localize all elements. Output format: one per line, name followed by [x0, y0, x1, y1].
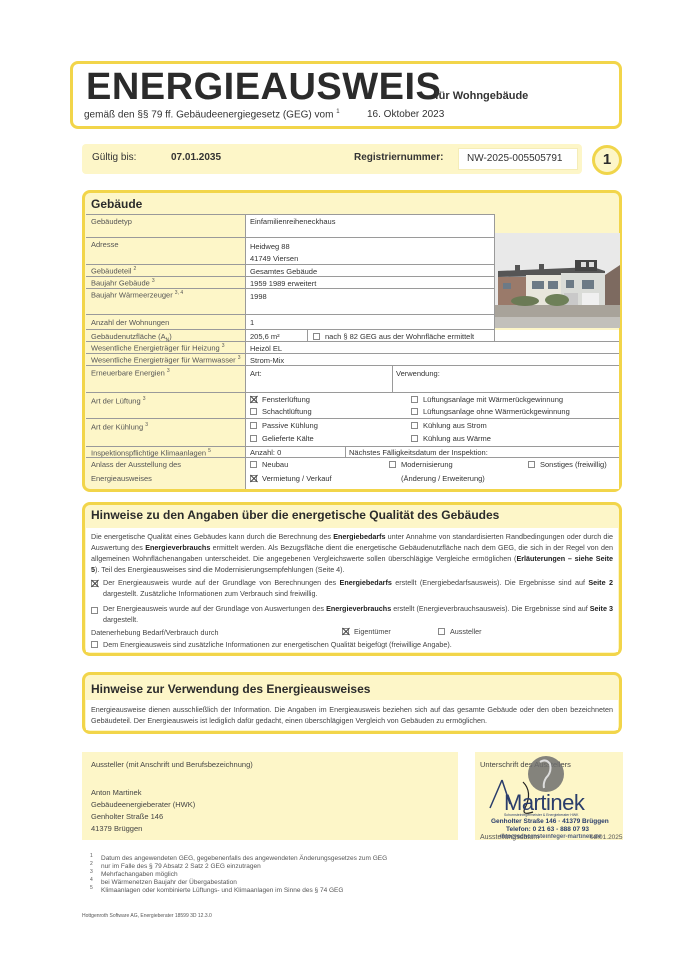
- checkbox-icon: [438, 628, 445, 635]
- reason-rent-sale[interactable]: Vermietung / Verkauf: [250, 474, 332, 483]
- law-reference: gemäß den §§ 79 ff. Gebäudeenergiegesetz…: [84, 109, 340, 120]
- stamp-address: Genholter Straße 146 · 41379 Brüggen: [491, 818, 609, 825]
- checkbox-icon: [250, 461, 257, 468]
- cooling-delivered[interactable]: Gelieferte Kälte: [250, 434, 314, 443]
- checked-checkbox-icon: [250, 396, 257, 403]
- house-photo: [495, 233, 620, 328]
- footnote-number: 1: [90, 853, 93, 859]
- law-footnote: 1: [336, 109, 339, 115]
- house-illustration: [495, 233, 620, 328]
- renewable-type-label: Art:: [250, 369, 262, 378]
- quality-notes-title: Hinweise zu den Angaben über die energet…: [91, 508, 499, 522]
- checkbox-icon: [313, 333, 320, 340]
- stamp-phone: Telefon: 0 21 63 - 888 07 93: [506, 826, 589, 833]
- issuer-name: Anton Martinek: [91, 788, 141, 797]
- valid-until-label: Gültig bis:: [92, 152, 136, 163]
- registration-number: NW-2025-005505791: [467, 153, 562, 164]
- valid-until-date: 07.01.2035: [171, 152, 221, 163]
- page-number-badge: 1: [592, 145, 622, 175]
- registration-label: Registriernummer:: [354, 152, 443, 163]
- checkbox-icon: [411, 408, 418, 415]
- quality-intro: Die energetische Qualität eines Gebäudes…: [91, 531, 613, 575]
- building-type-label: Gebäudetyp: [91, 217, 132, 226]
- issuer-city: 41379 Brüggen: [91, 824, 142, 833]
- additional-info-checkbox[interactable]: Dem Energieausweis sind zusätzliche Info…: [91, 640, 452, 649]
- building-section-title: Gebäude: [91, 197, 142, 211]
- issuer-label: Aussteller (mit Anschrift und Berufsbeze…: [91, 760, 253, 769]
- footnote-text: Datum des angewendeten GEG, gegebenenfal…: [101, 855, 387, 862]
- issuer-profession: Gebäudeenergieberater (HWK): [91, 800, 195, 809]
- building-part-label: Gebäudeteil 2: [91, 266, 136, 276]
- checked-checkbox-icon: [342, 628, 349, 635]
- year-building-value: 1959 1989 erweitert: [250, 279, 316, 288]
- units-label: Anzahl der Wohnungen: [91, 318, 169, 327]
- stamp-email: info@schornsteinfeger-martinek.de: [500, 834, 601, 840]
- row-divider: [86, 214, 494, 215]
- row-divider: [86, 365, 619, 366]
- usable-area-label: Gebäudenutzfläche (AN): [91, 332, 172, 344]
- footnote-number: 5: [90, 885, 93, 891]
- building-type-value: Einfamilienreiheneckhaus: [250, 217, 335, 226]
- checkbox-icon: [250, 422, 257, 429]
- heating-energy-label: Wesentliche Energieträger für Heizung 3: [91, 343, 225, 353]
- reason-other[interactable]: Sonstiges (freiwillig): [528, 460, 607, 469]
- usage-notes-text: Energieausweise dienen ausschließlich de…: [91, 704, 613, 726]
- demand-option-text: Der Energieausweis wurde auf der Grundla…: [103, 577, 613, 599]
- data-collection-issuer[interactable]: Aussteller: [438, 627, 482, 636]
- row-divider: [86, 392, 619, 393]
- reason-new-building[interactable]: Neubau: [250, 460, 288, 469]
- renewable-usage-label: Verwendung:: [396, 369, 440, 378]
- checkbox-icon: [91, 607, 98, 614]
- ventilation-label: Art der Lüftung 3: [91, 396, 146, 406]
- checkbox-icon: [411, 422, 418, 429]
- row-divider: [86, 264, 494, 265]
- footnote-number: 4: [90, 877, 93, 883]
- footnote-text: Mehrfachangaben möglich: [101, 871, 178, 878]
- reason-label-line2: Energieausweises: [91, 474, 152, 483]
- usable-area-value: 205,6 m²: [250, 332, 280, 341]
- row-divider: [86, 276, 494, 277]
- footnote-text: bei Wärmenetzen Baujahr der Übergabestat…: [101, 879, 237, 886]
- row-divider: [86, 446, 619, 447]
- col-divider: [245, 214, 246, 489]
- year-building-label: Baujahr Gebäude 3: [91, 278, 155, 288]
- footnote-text: nur im Falle des § 79 Absatz 2 Satz 2 GE…: [101, 863, 261, 870]
- document-title: ENERGIEAUSWEIS: [86, 66, 441, 109]
- consumption-option-text: Der Energieausweis wurde auf der Grundla…: [103, 603, 613, 625]
- ac-next-inspection: Nächstes Fälligkeitsdatum der Inspektion…: [349, 448, 488, 457]
- footnote-number: 3: [90, 869, 93, 875]
- year-heater-value: 1998: [250, 292, 267, 301]
- document-subtitle: für Wohngebäude: [435, 90, 528, 102]
- reason-modernization-note: (Änderung / Erweiterung): [401, 474, 485, 483]
- ventilation-shaft[interactable]: Schachtlüftung: [250, 407, 312, 416]
- col-divider: [307, 329, 308, 341]
- units-value: 1: [250, 318, 254, 327]
- area-method-checkbox[interactable]: nach § 82 GEG aus der Wohnfläche ermitte…: [313, 332, 474, 341]
- reason-modernization[interactable]: Modernisierung: [389, 460, 453, 469]
- year-heater-label: Baujahr Wärmeerzeuger 3, 4: [91, 290, 183, 300]
- demand-checkbox[interactable]: [91, 578, 101, 589]
- checkbox-icon: [528, 461, 535, 468]
- usage-notes-title: Hinweise zur Verwendung des Energieauswe…: [91, 682, 370, 696]
- checkbox-icon: [411, 396, 418, 403]
- row-divider: [86, 353, 619, 354]
- cooling-passive[interactable]: Passive Kühlung: [250, 421, 318, 430]
- ac-label: Inspektionspflichtige Klimaanlagen 5: [91, 448, 211, 458]
- heating-energy-value: Heizöl EL: [250, 344, 282, 353]
- renewable-label: Erneuerbare Energien 3: [91, 368, 170, 378]
- data-collection-owner[interactable]: Eigentümer: [342, 627, 391, 636]
- checked-checkbox-icon: [250, 475, 257, 482]
- ventilation-window[interactable]: Fensterlüftung: [250, 395, 310, 404]
- ac-count: Anzahl: 0: [250, 448, 281, 457]
- row-divider: [86, 418, 619, 419]
- software-note: Hottgenroth Software AG, Energieberater …: [82, 913, 212, 919]
- checkbox-icon: [250, 408, 257, 415]
- hot-water-energy-value: Strom-Mix: [250, 356, 284, 365]
- row-divider: [86, 314, 494, 315]
- footnote-number: 2: [90, 861, 93, 867]
- checkbox-icon: [250, 435, 257, 442]
- col-divider: [345, 446, 346, 457]
- row-divider: [86, 237, 494, 238]
- reason-label-line1: Anlass der Ausstellung des: [91, 460, 181, 469]
- address-line1: Heidweg 88: [250, 242, 290, 251]
- hot-water-energy-label: Wesentliche Energieträger für Warmwasser…: [91, 355, 241, 365]
- row-divider: [86, 288, 494, 289]
- consumption-checkbox[interactable]: [91, 605, 101, 616]
- checkbox-icon: [91, 641, 98, 648]
- checked-checkbox-icon: [91, 580, 98, 587]
- law-text: gemäß den §§ 79 ff. Gebäudeenergiegesetz…: [84, 109, 333, 120]
- cooling-label: Art der Kühlung 3: [91, 422, 148, 432]
- ventilation-no-heat-recovery[interactable]: Lüftungsanlage ohne Wärmerückgewinnung: [411, 407, 570, 416]
- law-date: 16. Oktober 2023: [367, 109, 444, 120]
- issue-date-value: 08.01.2025: [590, 834, 623, 841]
- address-label: Adresse: [91, 240, 119, 249]
- checkbox-icon: [411, 435, 418, 442]
- row-divider: [86, 329, 494, 330]
- footnote-text: Klimaanlagen oder kombinierte Lüftungs- …: [101, 887, 343, 894]
- cooling-electric[interactable]: Kühlung aus Strom: [411, 421, 487, 430]
- cooling-heat[interactable]: Kühlung aus Wärme: [411, 434, 491, 443]
- building-part-value: Gesamtes Gebäude: [250, 267, 317, 276]
- stamp-tagline: Schornsteinfegermeister & Energieberater…: [504, 813, 579, 817]
- col-divider: [392, 365, 393, 392]
- issuer-street: Genholter Straße 146: [91, 812, 163, 821]
- ventilation-heat-recovery[interactable]: Lüftungsanlage mit Wärmerückgewinnung: [411, 395, 563, 404]
- checkbox-icon: [389, 461, 396, 468]
- address-line2: 41749 Viersen: [250, 254, 298, 263]
- data-collection-label: Datenerhebung Bedarf/Verbrauch durch: [91, 628, 218, 637]
